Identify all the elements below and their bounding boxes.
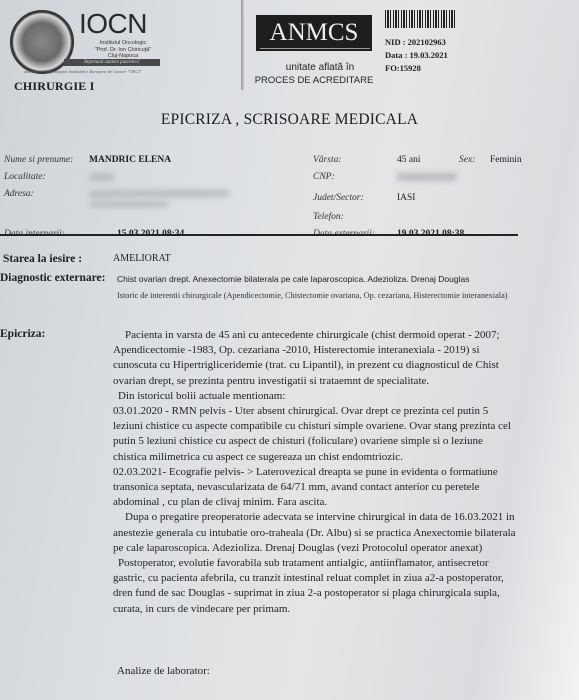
address-redacted [89,190,229,197]
section-divider [0,234,518,236]
status-label: Starea la iesire : [3,253,82,265]
cnp-redacted [397,173,457,181]
fo-number: FO:15928 [385,63,421,73]
institute-acronym: IOCN [79,8,147,40]
epicrisis-paragraph: Din istoricul bolii actuale mentionam: [113,389,518,404]
accreditation-line-2: PROCES DE ACREDITARE [250,75,378,86]
anmcs-logo-underline [260,48,370,49]
barcode [385,10,455,28]
sex-label: Sex: [459,155,475,165]
address-redacted-2 [89,201,169,207]
address-label: Adresa: [4,189,34,199]
county-label: Judet/Sector: [313,193,364,203]
institute-motto: Împreună suntem puternici! [64,59,160,66]
epicrisis-text: Pacienta in varsta de 45 ani cu antecede… [113,328,518,617]
cnp-label: CNP: [313,172,335,182]
phone-label: Telefon: [313,212,344,222]
epicrisis-label: Epicriza: [0,328,45,340]
epicrisis-paragraph: 02.03.2021- Ecografie pelvis- > Laterove… [113,465,518,511]
document-title: EPICRIZA , SCRISOARE MEDICALA [0,111,579,129]
name-label: Nume si prenume: [4,155,73,165]
epicrisis-paragraph: 03.01.2020 - RMN pelvis - Uter absent ch… [113,404,518,465]
surgical-history: Istoric de interentii chirurgicale (Apen… [117,291,522,301]
discharge-status: AMELIORAT [113,253,171,264]
institute-name: Institutul Oncologic "Prof. Dr. Ion Chir… [88,40,158,60]
patient-age: 45 ani [397,155,420,165]
discharge-diagnosis: Chist ovarian drept. Anexectomie bilater… [117,274,469,284]
age-label: Vârsta: [313,155,342,165]
patient-county: IASI [397,193,415,203]
patient-name: MANDRIC ELENA [89,155,171,165]
epicrisis-paragraph: Dupa o pregatire preoperatorie adecvata … [113,510,518,556]
epicrisis-paragraph: Pacienta in varsta de 45 ani cu antecede… [113,328,518,389]
document-date: Data : 19.03.2021 [385,50,448,60]
nid: NID : 202102963 [385,37,446,47]
lab-analyses-label: Analize de laborator: [117,665,210,677]
accreditation-line-1: unitate aflată în [256,62,384,73]
department: CHIRURGIE I [14,79,95,94]
institute-member-note: membru al Organizaţiei Institutelor Euro… [24,69,142,74]
locality-label: Localitate: [4,172,46,182]
page-edge [241,0,244,90]
locality-redacted [89,173,114,181]
diagnosis-label: Diagnostic externare: [0,272,106,284]
patient-sex: Feminin [490,155,522,165]
anmcs-logo-text: ANMCS [256,19,372,47]
epicrisis-paragraph: Postoperator, evolutie favorabila sub tr… [113,556,518,617]
